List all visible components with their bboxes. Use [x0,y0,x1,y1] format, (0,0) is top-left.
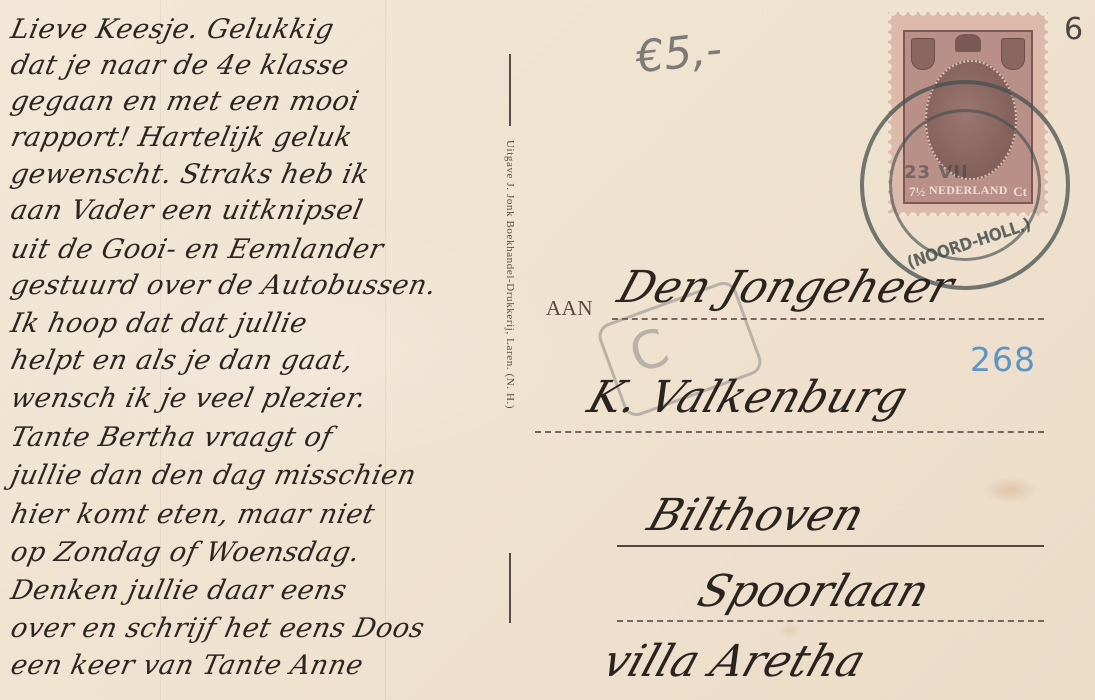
blue-number-note: 268 [970,340,1036,379]
message-line: wensch ik je veel plezier. [8,383,369,414]
message-line: dat je naar de 4e klasse [8,50,352,81]
message-line: een keer van Tante Anne [8,650,366,681]
paper-crease [385,0,386,700]
address-line-street: Spoorlaan [692,566,936,617]
message-line: Lieve Keesje. Gelukkig [8,14,337,45]
address-rule-1 [612,318,1044,320]
message-line: gewenscht. Straks heb ik [8,159,372,190]
postmark-date: 23 VII [904,162,969,183]
message-line: gestuurd over de Autobussen. [8,270,439,301]
address-line-city: Bilthoven [642,490,871,541]
message-line: rapport! Hartelijk geluk [8,122,355,153]
coat-of-arms-icon [911,38,935,70]
message-line: helpt en als je dan gaat, [8,345,356,376]
message-line: over en schrijf het eens Doos [8,613,427,644]
postcard: Lieve Keesje. Gelukkig dat je naar de 4e… [0,0,1095,700]
address-rule-2 [535,431,1044,433]
crown-icon [955,34,981,52]
message-line: hier komt eten, maar niet [8,499,378,530]
message-line: Ik hoop dat dat jullie [8,308,310,339]
coat-of-arms-icon [1001,38,1025,70]
message-line: Tante Bertha vraagt of [8,422,335,453]
address-line-salutation: Den Jongeheer [612,262,960,313]
corner-number-note: 6 [1064,12,1083,47]
postmark: 23 VII (NOORD-HOLL.) [860,80,1070,290]
message-line: aan Vader een uitknipsel [8,195,366,226]
address-line-name: K. Valkenburg [582,372,914,423]
center-divider-top [509,54,511,126]
address-rule-4 [617,620,1044,622]
pencil-price-note: €5,- [634,24,725,84]
address-label: AAN [546,296,593,321]
message-line: Denken jullie daar eens [8,575,350,606]
address-line-villa: villa Aretha [597,636,872,687]
message-line: jullie dan den dag misschien [8,460,419,491]
message-line: gegaan en met een mooi [8,86,362,117]
center-divider-bottom [509,553,511,623]
address-rule-3 [617,545,1044,547]
message-line: op Zondag of Woensdag. [8,537,363,568]
message-line: uit de Gooi- en Eemlander [8,234,386,265]
publisher-imprint: Uitgave J. Jonk Boekhandel-Drukkerij, La… [504,140,516,409]
